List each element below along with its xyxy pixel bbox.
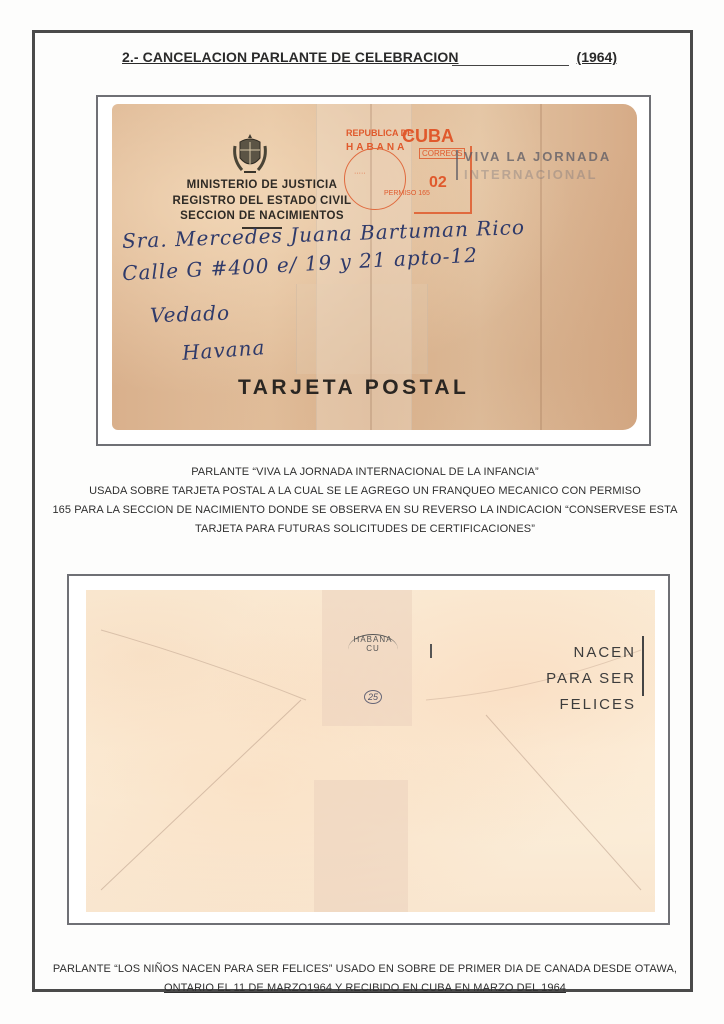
meter-date: ····· xyxy=(354,170,366,177)
postcard-frame: MINISTERIO DE JUSTICIA REGISTRO DEL ESTA… xyxy=(96,95,651,446)
handwritten-address-line: Vedado xyxy=(150,301,231,328)
envelope-caption: PARLANTE “LOS NIÑOS NACEN PARA SER FELIC… xyxy=(35,960,695,998)
mounting-hinge xyxy=(314,780,408,912)
envelope-image: HABANA CU 25 NACEN PARA SER FELICES xyxy=(86,590,655,912)
meter-country: CUBA xyxy=(402,126,454,147)
slogan-line: INTERNACIONAL xyxy=(464,166,611,184)
caption-line: PARLANTE “LOS NIÑOS NACEN PARA SER FELIC… xyxy=(35,960,695,979)
cancel-bar xyxy=(430,644,432,658)
slogan-cancel-1: VIVA LA JORNADA INTERNACIONAL xyxy=(464,148,611,184)
postcard-title: TARJETA POSTAL xyxy=(238,376,469,400)
slogan-line: VIVA LA JORNADA xyxy=(464,148,611,166)
handwritten-address-line: Havana xyxy=(181,335,266,365)
meter-date-circle xyxy=(344,148,406,210)
ministry-line: REGISTRO DEL ESTADO CIVIL xyxy=(147,194,377,210)
envelope-frame: HABANA CU 25 NACEN PARA SER FELICES xyxy=(67,574,670,925)
slogan-line: NACEN xyxy=(466,640,636,666)
caption-line: TARJETA PARA FUTURAS SOLICITUDES DE CERT… xyxy=(40,520,690,539)
title-underline xyxy=(452,65,569,66)
postcard-caption: PARLANTE “VIVA LA JORNADA INTERNACIONAL … xyxy=(40,463,690,539)
cancel-bar xyxy=(642,636,644,696)
receiving-postmark: HABANA CU xyxy=(348,634,398,665)
caption-line: USADA SOBRE TARJETA POSTAL A LA CUAL SE … xyxy=(40,482,690,501)
caption-line: PARLANTE “VIVA LA JORNADA INTERNACIONAL … xyxy=(40,463,690,482)
slogan-line: PARA SER FELICES xyxy=(466,666,636,718)
meter-value: 02 xyxy=(429,174,447,192)
slogan-cancel-2: NACEN PARA SER FELICES xyxy=(466,640,636,718)
meter-service: CORREOS xyxy=(419,148,465,159)
cancel-bar xyxy=(456,150,458,180)
page-year: (1964) xyxy=(577,49,617,65)
mounting-hinge xyxy=(296,284,428,374)
caption-line: ONTARIO EL 11 DE MARZO1964 Y RECIBIDO EN… xyxy=(35,979,695,998)
ministry-line: MINISTERIO DE JUSTICIA xyxy=(147,178,377,194)
meter-stamp: REPUBLICA DE CUBA HABANA ····· PERMISO 1… xyxy=(344,128,474,216)
page-title: 2.- CANCELACION PARLANTE DE CELEBRACION xyxy=(122,49,459,65)
caption-line: 165 PARA LA SECCION DE NACIMIENTO DONDE … xyxy=(40,501,690,520)
cuban-coat-of-arms-icon xyxy=(232,132,268,176)
postcard-image: MINISTERIO DE JUSTICIA REGISTRO DEL ESTA… xyxy=(112,104,637,430)
circled-number: 25 xyxy=(364,690,382,704)
page-header: 2.- CANCELACION PARLANTE DE CELEBRACION … xyxy=(122,49,617,69)
